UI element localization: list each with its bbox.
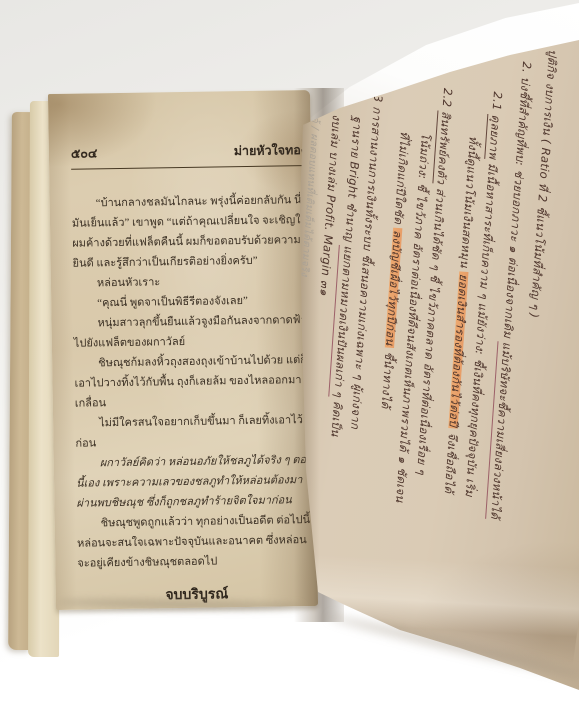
photo-open-book: ๕๐๔ ม่ายหัวใจทอง “บ้านกลางชลมันไกลนะ พรุ… <box>0 0 579 720</box>
note-text: คิดเป็น <box>328 397 345 438</box>
printed-paragraph: หนุ่มสาวลุกขึ้นยืนแล้วจูงมือกันลงจากดาดฟ… <box>73 310 312 354</box>
printed-paragraph: “บ้านกลางชลมันไกลนะ พรุ่งนี้ค่อยกลับกัน … <box>72 190 311 274</box>
note-text: ชี้นำทางได้ <box>379 347 397 409</box>
underlined-note-text: สินทรัพย์คงตัว <box>432 111 453 185</box>
page-title: ม่ายหัวใจทอง <box>234 140 307 161</box>
note-text: Profit. Margin ๓๑ <box>317 194 338 296</box>
left-page: ๕๐๔ ม่ายหัวใจทอง “บ้านกลางชลมันไกลนะ พรุ… <box>48 90 318 610</box>
left-page-content: ๕๐๔ ม่ายหัวใจทอง “บ้านกลางชลมันไกลนะ พรุ… <box>48 90 318 610</box>
note-text: จึงเชื่อถือได้ <box>442 428 460 494</box>
note-text: ที่ไม่เกิดแก่ปีใดชัด <box>391 131 412 229</box>
printed-paragraph: ชิษณุชพูดถูกแล้วว่า ทุกอย่างเป็นอดีต ต่อ… <box>77 510 316 574</box>
printed-paragraph: ชิษณุชก้มลงหิ้วถุงสองถุงเข้าบ้านไปด้วย แ… <box>74 350 313 414</box>
underlined-note-text: ดุลยภาพ <box>484 114 503 160</box>
note-text: 2.1 <box>489 91 505 115</box>
printed-paragraph: ไม่มีใครสนใจอยากเก็บขึ้นมา ก็เลยทิ้งเอาไ… <box>75 410 314 454</box>
printed-text-body: “บ้านกลางชลมันไกลนะ พรุ่งนี้ค่อยกลับกัน … <box>72 190 316 574</box>
underlined-note-text: แม้บริษัทจะชี้ความเสี่ยงล่วงหน้าได้ <box>485 341 514 519</box>
printed-paragraph: ผกาวัลย์คิดว่า หล่อนอภัยให้ชลภูได้จริง ๆ… <box>76 450 315 514</box>
page-number: ๕๐๔ <box>71 143 98 163</box>
note-text: งบเล่ม บางเล่ม <box>324 114 344 195</box>
page-header: ๕๐๔ ม่ายหัวใจทอง <box>71 140 307 164</box>
header-rule <box>71 165 309 170</box>
note-text: 2.2 <box>439 88 455 112</box>
